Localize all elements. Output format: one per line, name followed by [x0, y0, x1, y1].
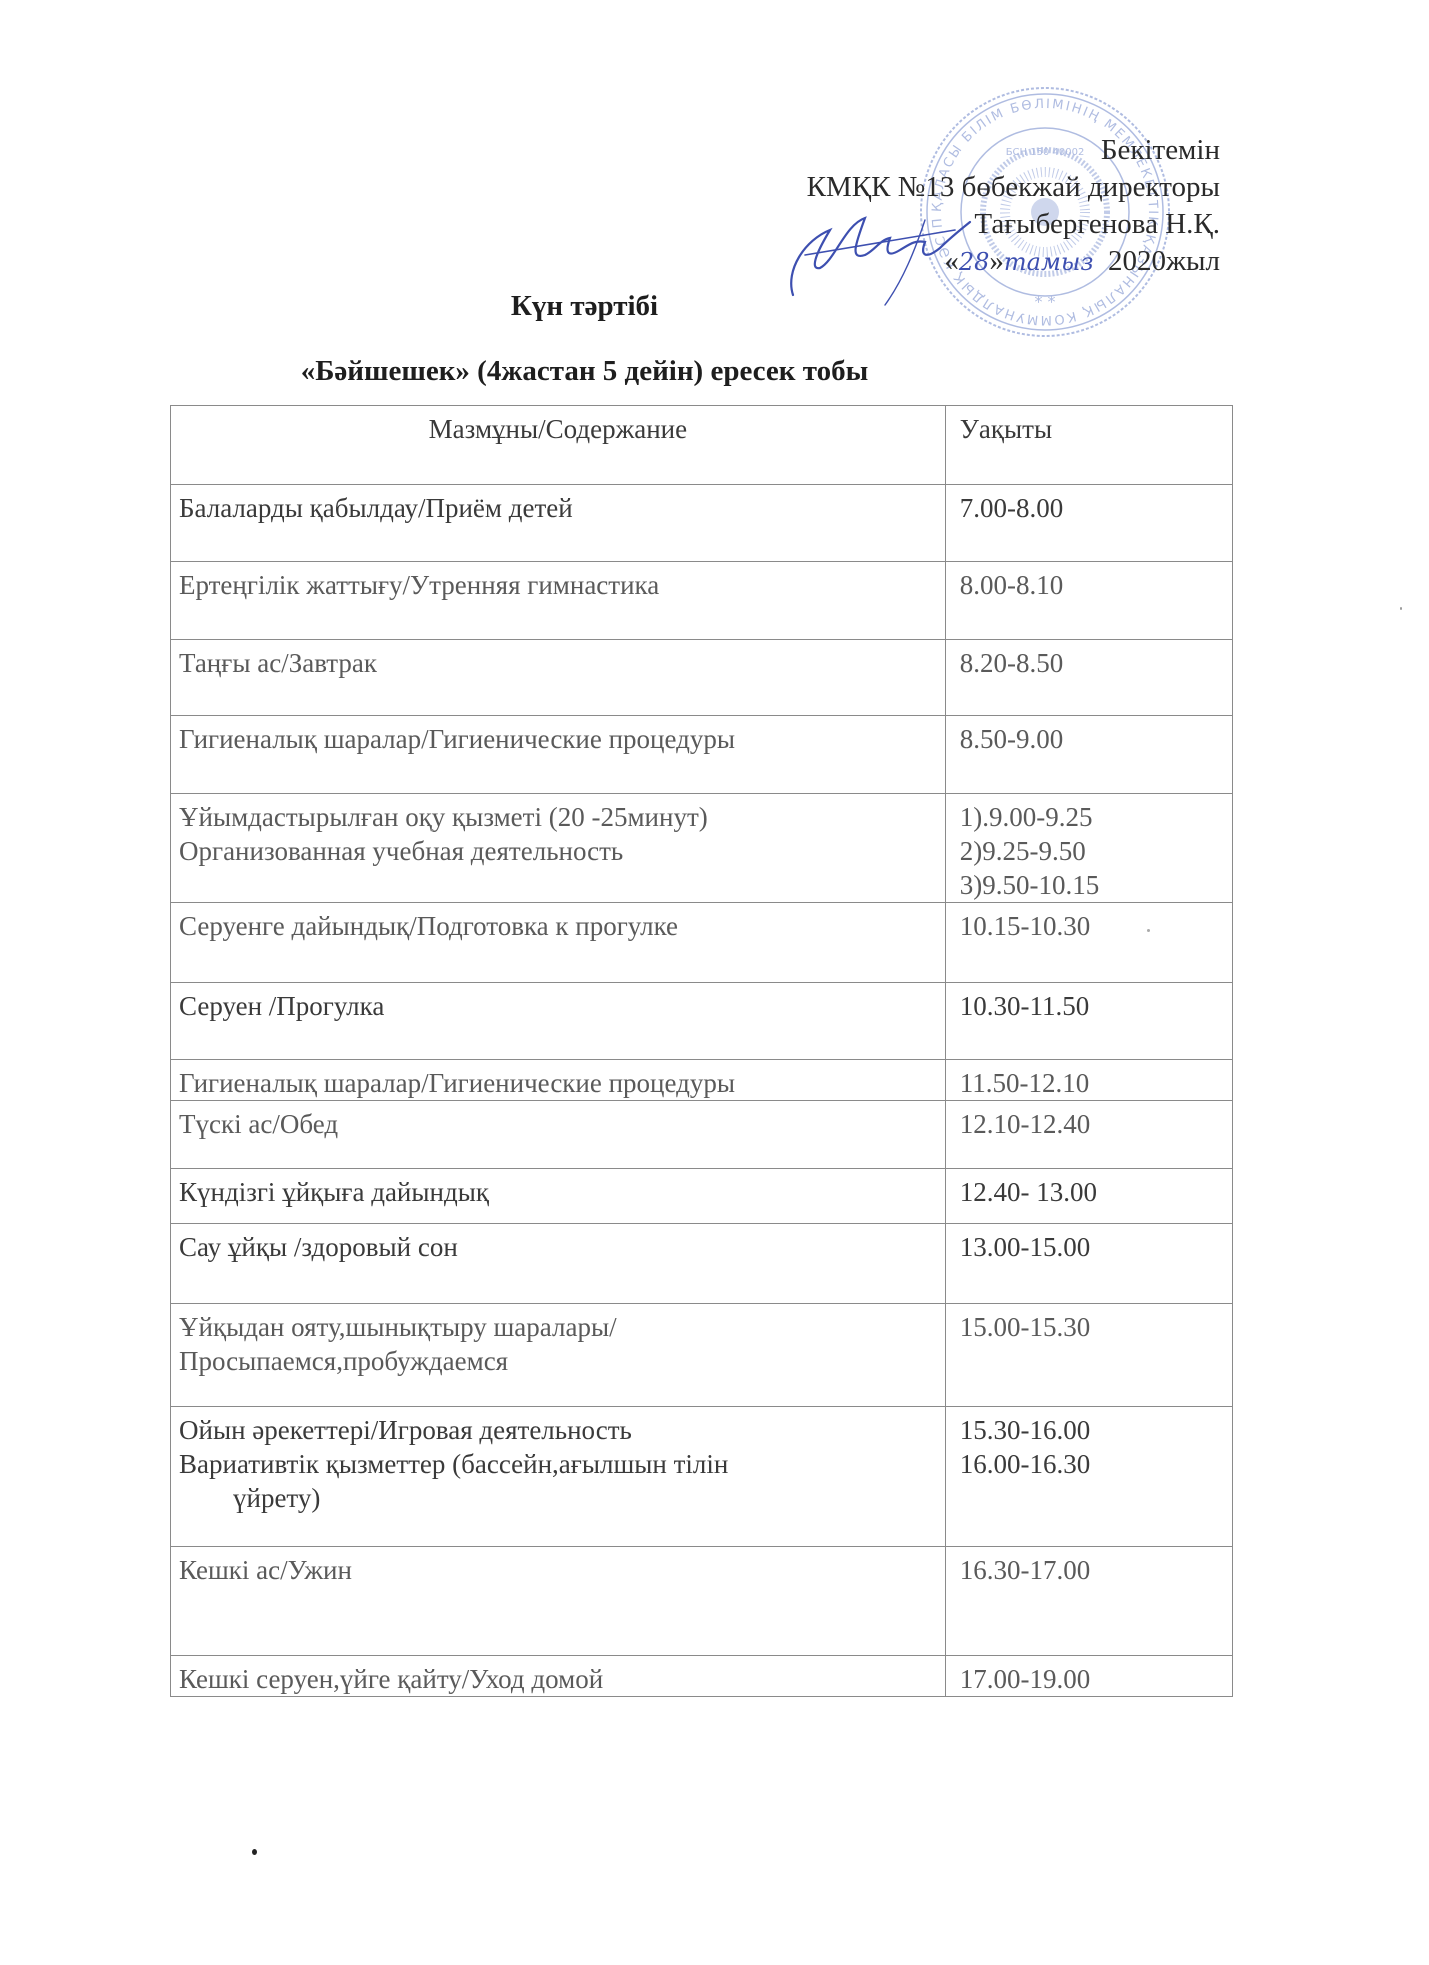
table-header-row: Мазмұны/Содержание Уақыты [171, 406, 1233, 485]
activity-text: Сау ұйқы /здоровый сон [179, 1230, 937, 1264]
header-time: Уақыты [945, 406, 1232, 485]
time-range: 8.50-9.00 [960, 722, 1224, 756]
activity-text: Ертеңгілік жаттығу/Утренняя гимнастика [179, 568, 937, 602]
cell-time: 10.30-11.50 [945, 983, 1232, 1060]
cell-time: 12.40- 13.00 [945, 1169, 1232, 1224]
cell-time: 1).9.00-9.252)9.25-9.503)9.50-10.15 [945, 794, 1232, 903]
activity-text: Күндізгі ұйқыға дайындық [179, 1175, 937, 1209]
group-subtitle: «Бәйшешек» (4жастан 5 дейін) ересек тобы [0, 355, 1299, 388]
cell-content: Гигиеналық шаралар/Гигиенические процеду… [171, 716, 946, 794]
cell-content: Ертеңгілік жаттығу/Утренняя гимнастика [171, 562, 946, 640]
activity-text: Кешкі серуен,үйге қайту/Уход домой [179, 1662, 937, 1696]
time-range: 8.20-8.50 [960, 646, 1224, 680]
cell-time: 10.15-10.30 [945, 903, 1232, 983]
cell-time: 15.30-16.0016.00-16.30 [945, 1407, 1232, 1547]
time-range: 3)9.50-10.15 [960, 868, 1224, 902]
activity-text: Организованная учебная деятельность [179, 834, 937, 868]
table-row: Гигиеналық шаралар/Гигиенические процеду… [171, 716, 1233, 794]
approval-heading: Бекітемін [807, 132, 1220, 169]
cell-content: Ойын әрекеттері/Игровая деятельностьВари… [171, 1407, 946, 1547]
time-range: 11.50-12.10 [960, 1066, 1224, 1100]
activity-text: Просыпаемся,пробуждаемся [179, 1344, 937, 1378]
table-row: Сау ұйқы /здоровый сон13.00-15.00 [171, 1224, 1233, 1304]
time-range: 16.30-17.00 [960, 1553, 1224, 1587]
table-row: Түскі ас/Обед12.10-12.40 [171, 1101, 1233, 1169]
page-title: Күн тәртібі [0, 290, 1299, 323]
cell-content: Кешкі ас/Ужин [171, 1547, 946, 1656]
activity-text: Вариативтік қызметтер (бассейн,ағылшын т… [179, 1447, 937, 1481]
activity-text: Гигиеналық шаралар/Гигиенические процеду… [179, 1066, 937, 1100]
activity-text: Балаларды қабылдау/Приём детей [179, 491, 937, 525]
activity-text: Таңғы ас/Завтрак [179, 646, 937, 680]
cell-time: 17.00-19.00 [945, 1656, 1232, 1697]
table-row: Гигиеналық шаралар/Гигиенические процеду… [171, 1060, 1233, 1101]
table-row: Ертеңгілік жаттығу/Утренняя гимнастика8.… [171, 562, 1233, 640]
cell-content: Таңғы ас/Завтрак [171, 640, 946, 716]
cell-time: 7.00-8.00 [945, 485, 1232, 562]
cell-time: 8.20-8.50 [945, 640, 1232, 716]
table-row: Кешкі ас/Ужин16.30-17.00 [171, 1547, 1233, 1656]
cell-time: 15.00-15.30 [945, 1304, 1232, 1407]
cell-time: 8.00-8.10 [945, 562, 1232, 640]
table-row: Ойын әрекеттері/Игровая деятельностьВари… [171, 1407, 1233, 1547]
time-range: 10.15-10.30 [960, 909, 1224, 943]
scan-speck [1400, 607, 1402, 610]
cell-content: Сау ұйқы /здоровый сон [171, 1224, 946, 1304]
cell-content: Ұйымдастырылған оқу қызметі (20 -25минут… [171, 794, 946, 903]
table-row: Ұйымдастырылған оқу қызметі (20 -25минут… [171, 794, 1233, 903]
cell-content: Серуенге дайындық/Подготовка к прогулке [171, 903, 946, 983]
time-range: 16.00-16.30 [960, 1447, 1224, 1481]
activity-text: Ұйқыдан ояту,шынықтыру шаралары/ [179, 1310, 937, 1344]
table-row: Ұйқыдан ояту,шынықтыру шаралары/Просыпае… [171, 1304, 1233, 1407]
time-range: 12.40- 13.00 [960, 1175, 1224, 1209]
table-body: Балаларды қабылдау/Приём детей7.00-8.00Е… [171, 485, 1233, 1697]
cell-time: 8.50-9.00 [945, 716, 1232, 794]
table-row: Балаларды қабылдау/Приём детей7.00-8.00 [171, 485, 1233, 562]
signature-icon [775, 200, 975, 310]
cell-time: 16.30-17.00 [945, 1547, 1232, 1656]
time-range: 8.00-8.10 [960, 568, 1224, 602]
scan-speck [252, 1849, 257, 1855]
table-row: Күндізгі ұйқыға дайындық12.40- 13.00 [171, 1169, 1233, 1224]
date-quote-close: » [989, 245, 1004, 277]
cell-time: 12.10-12.40 [945, 1101, 1232, 1169]
activity-text: Гигиеналық шаралар/Гигиенические процеду… [179, 722, 937, 756]
table-row: Серуенге дайындық/Подготовка к прогулке1… [171, 903, 1233, 983]
table-row: Таңғы ас/Завтрак8.20-8.50 [171, 640, 1233, 716]
time-range: 1).9.00-9.25 [960, 800, 1224, 834]
activity-text: Кешкі ас/Ужин [179, 1553, 937, 1587]
activity-text: Серуенге дайындық/Подготовка к прогулке [179, 909, 937, 943]
time-range: 15.00-15.30 [960, 1310, 1224, 1344]
time-range: 17.00-19.00 [960, 1662, 1224, 1696]
date-month-handwritten: тамыз [1004, 248, 1094, 276]
activity-text: Ұйымдастырылған оқу қызметі (20 -25минут… [179, 800, 937, 834]
cell-content: Балаларды қабылдау/Приём детей [171, 485, 946, 562]
time-range: 13.00-15.00 [960, 1230, 1224, 1264]
cell-time: 13.00-15.00 [945, 1224, 1232, 1304]
time-range: 15.30-16.00 [960, 1413, 1224, 1447]
daily-schedule-table: Мазмұны/Содержание Уақыты Балаларды қабы… [170, 405, 1233, 1697]
header-content: Мазмұны/Содержание [171, 406, 946, 485]
activity-text: үйрету) [179, 1481, 937, 1515]
time-range: 10.30-11.50 [960, 989, 1224, 1023]
table-row: Кешкі серуен,үйге қайту/Уход домой17.00-… [171, 1656, 1233, 1697]
cell-content: Кешкі серуен,үйге қайту/Уход домой [171, 1656, 946, 1697]
time-range: 12.10-12.40 [960, 1107, 1224, 1141]
time-range: 7.00-8.00 [960, 491, 1224, 525]
cell-time: 11.50-12.10 [945, 1060, 1232, 1101]
date-year: 2020жыл [1108, 245, 1220, 277]
activity-text: Ойын әрекеттері/Игровая деятельность [179, 1413, 937, 1447]
cell-content: Гигиеналық шаралар/Гигиенические процеду… [171, 1060, 946, 1101]
cell-content: Күндізгі ұйқыға дайындық [171, 1169, 946, 1224]
cell-content: Серуен /Прогулка [171, 983, 946, 1060]
cell-content: Ұйқыдан ояту,шынықтыру шаралары/Просыпае… [171, 1304, 946, 1407]
activity-text: Серуен /Прогулка [179, 989, 937, 1023]
cell-content: Түскі ас/Обед [171, 1101, 946, 1169]
time-range: 2)9.25-9.50 [960, 834, 1224, 868]
activity-text: Түскі ас/Обед [179, 1107, 937, 1141]
table-row: Серуен /Прогулка10.30-11.50 [171, 983, 1233, 1060]
